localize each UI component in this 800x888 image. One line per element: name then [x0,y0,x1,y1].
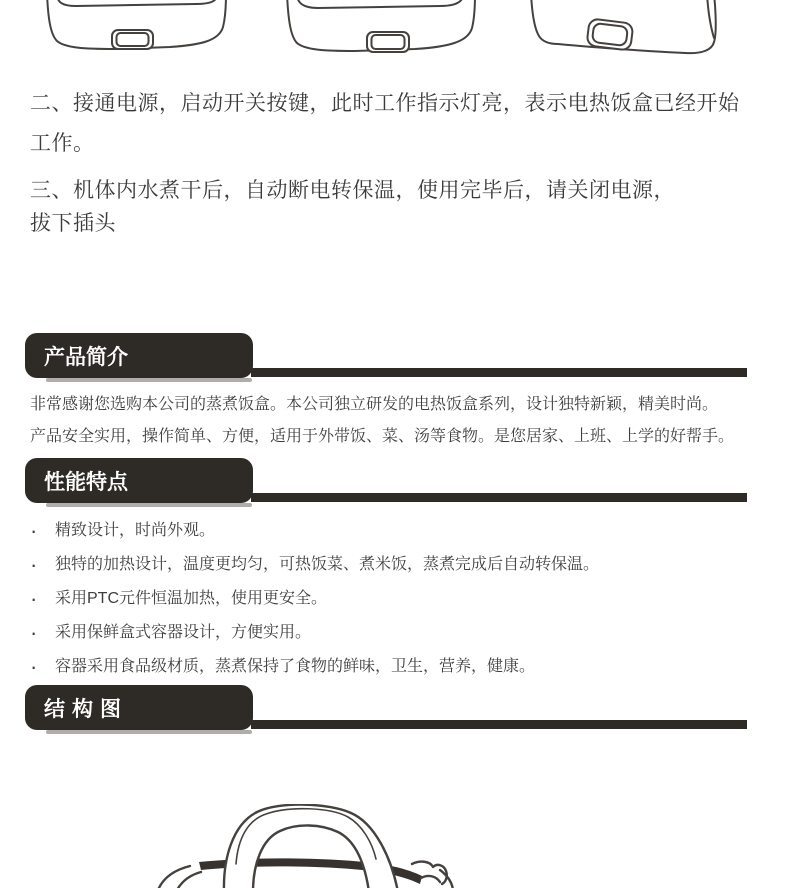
banner-tab: 产品简介 [25,333,253,378]
feature-item: · 独特的加热设计，温度更均匀，可热饭菜、煮米饭，蒸煮完成后自动转保温。 [0,548,800,582]
banner-tab-shadow [46,503,252,507]
product-intro-line-2: 产品安全实用，操作简单、方便，适用于外带饭、菜、汤等食物。是您居家、上班、上学的… [30,421,792,453]
instruction-step-3-line-2: 拔下插头 [30,207,782,240]
banner-tab-shadow [46,378,252,382]
instruction-step-3: 三、机体内水煮干后，自动断电转保温，使用完毕后，请关闭电源， 拔下插头 [30,174,782,240]
product-manual-page: 二、接通电源，启动开关按键，此时工作指示灯亮，表示电热饭盒已经开始 工作。 三、… [0,0,800,888]
box-body-right-line [421,876,440,882]
feature-item: · 采用PTC元件恒温加热，使用更安全。 [0,582,800,616]
banner-tab: 性能特点 [25,458,253,503]
product-intro-paragraph: 非常感谢您选购本公司的蒸煮饭盒。本公司独立研发的电热饭盒系列，设计独特新颖，精美… [30,389,792,453]
bullet-icon: · [30,582,37,616]
feature-item: · 精致设计，时尚外观。 [0,514,800,548]
feature-item: · 容器采用食品级材质，蒸煮保持了食物的鲜味，卫生，营养，健康。 [0,650,800,684]
bullet-icon: · [30,548,37,582]
bullet-icon: · [30,514,37,548]
lunch-box-structure-illustration [0,804,800,888]
section-title-product-intro: 产品简介 [44,341,128,371]
feature-text: 采用PTC元件恒温加热，使用更安全。 [55,590,327,607]
lunch-box-drawing-1 [47,0,226,49]
box-body-left-line [177,872,201,888]
instruction-step-3-line-1: 三、机体内水煮干后，自动断电转保温，使用完毕后，请关闭电源， [30,174,782,207]
product-intro-line-1: 非常感谢您选购本公司的蒸煮饭盒。本公司独立研发的电热饭盒系列，设计独特新颖，精美… [30,389,792,421]
banner-rule [251,368,747,377]
feature-text: 容器采用食品级材质，蒸煮保持了食物的鲜味，卫生，营养，健康。 [55,658,535,675]
bullet-icon: · [30,616,37,650]
instruction-step-2-line-1: 二、接通电源，启动开关按键，此时工作指示灯亮，表示电热饭盒已经开始 [30,84,782,124]
feature-text: 独特的加热设计，温度更均匀，可热饭菜、煮米饭，蒸煮完成后自动转保温。 [55,556,599,573]
feature-text: 采用保鲜盒式容器设计，方便实用。 [55,624,311,641]
bullet-icon: · [30,650,37,684]
feature-item: · 采用保鲜盒式容器设计，方便实用。 [0,616,800,650]
banner-tab: 结构图 [25,685,253,730]
instruction-step-2: 二、接通电源，启动开关按键，此时工作指示灯亮，表示电热饭盒已经开始 工作。 [30,84,782,164]
section-title-structure: 结构图 [44,693,128,723]
lunch-box-drawing-3 [531,0,716,53]
section-banner-structure: 结构图 [0,685,800,735]
section-title-features: 性能特点 [44,466,128,496]
lunch-box-drawing-2 [287,0,475,52]
instruction-step-2-line-2: 工作。 [30,124,782,164]
features-list: · 精致设计，时尚外观。 · 独特的加热设计，温度更均匀，可热饭菜、煮米饭，蒸煮… [0,514,800,684]
lunch-boxes-top-illustration [0,0,800,80]
section-banner-features: 性能特点 [0,458,800,508]
banner-rule [251,720,747,729]
feature-text: 精致设计，时尚外观。 [55,522,215,539]
section-banner-product-intro: 产品简介 [0,333,800,383]
banner-rule [251,493,747,502]
box-body-left-line [158,866,190,888]
banner-tab-shadow [46,730,252,734]
